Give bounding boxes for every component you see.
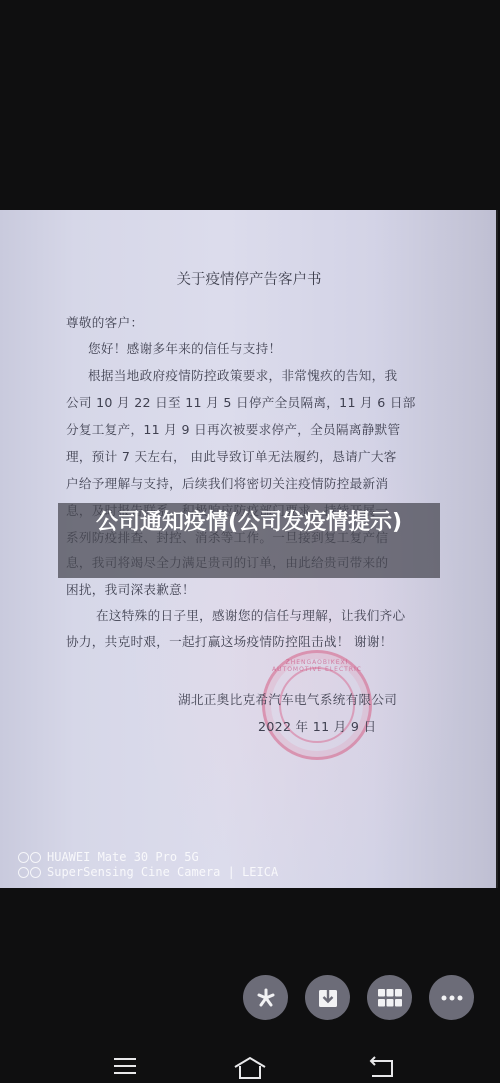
download-icon [317, 987, 339, 1009]
document-line: 在这特殊的日子里，感谢您的信任与理解，让我们齐心 [96, 605, 405, 624]
gallery-grid-button[interactable] [367, 975, 412, 1020]
watermark-model: HUAWEI Mate 30 Pro 5G [47, 850, 199, 864]
back-button[interactable] [368, 1056, 394, 1082]
document-line: 户给予理解与支持，后续我们将密切关注疫情防控最新消 [66, 473, 388, 492]
asterisk-icon [255, 987, 277, 1009]
download-button[interactable] [305, 975, 350, 1020]
system-navigation-bar [0, 1050, 500, 1083]
grid-icon [378, 989, 402, 1007]
signature-date: 2022 年 11 月 9 日 [258, 716, 376, 735]
document-line: 分复工复产，11 月 9 日再次被要求停产，全员隔离静默管 [66, 419, 400, 438]
signature-company: 湖北正奥比克希汽车电气系统有限公司 [178, 689, 397, 708]
document-line: 理，预计 7 天左右， 由此导致订单无法履约，恳请广大客 [66, 446, 397, 465]
menu-icon [113, 1056, 137, 1076]
document-line: 困扰，我司深表歉意！ [66, 579, 195, 598]
home-icon [233, 1056, 267, 1080]
more-icon [441, 995, 463, 1001]
document-line: 公司 10 月 22 日至 11 月 5 日停产全员隔离，11 月 6 日部 [66, 392, 416, 411]
watermark-camera: SuperSensing Cine Camera | LEICA [47, 865, 278, 879]
caption-overlay: 公司通知疫情(公司发疫情提示) [58, 503, 440, 578]
home-button[interactable] [233, 1056, 267, 1083]
document-line: 根据当地政府疫情防控政策要求，非常愧疚的告知，我 [88, 365, 397, 384]
menu-button[interactable] [113, 1056, 137, 1080]
camera-watermark-line2: SuperSensing Cine Camera | LEICA [18, 865, 278, 879]
document-title: 关于疫情停产告客户书 [0, 268, 498, 289]
back-icon [368, 1056, 394, 1078]
image-viewer: 关于疫情停产告客户书 尊敬的客户： 您好！感谢多年来的信任与支持！ 根据当地政府… [0, 0, 500, 1083]
document-line: 协力，共克时艰，一起打赢这场疫情防控阻击战！ 谢谢！ [66, 631, 393, 650]
action-bar [243, 975, 474, 1020]
more-options-button[interactable] [429, 975, 474, 1020]
slideshow-button[interactable] [243, 975, 288, 1020]
document-line: 您好！感谢多年来的信任与支持！ [88, 338, 281, 357]
camera-lens-icon [18, 867, 41, 878]
camera-lens-icon [18, 852, 41, 863]
camera-watermark-line1: HUAWEI Mate 30 Pro 5G [18, 850, 199, 864]
caption-title: 公司通知疫情(公司发疫情提示) [58, 507, 440, 539]
document-line: 尊敬的客户： [66, 312, 143, 331]
